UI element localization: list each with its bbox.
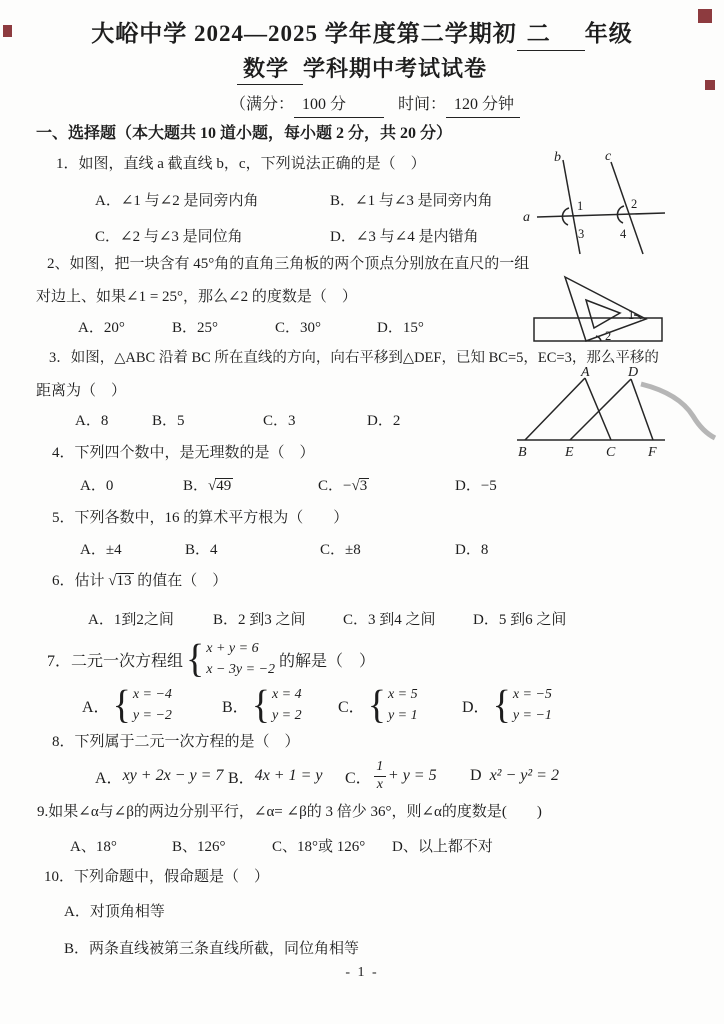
q8-option-a: A．xy + 2x − y = 7: [95, 756, 223, 796]
title-school-term: 大峪中学 2024—2025 学年度第二学期初: [91, 21, 517, 46]
q3-label-A: A: [580, 365, 590, 380]
brace-glyph: {: [493, 685, 511, 725]
q1-angle-1: 1: [577, 199, 583, 213]
q3-label-E: E: [564, 445, 574, 460]
q7-b-eq1: x = 4: [272, 684, 302, 705]
q1-option-b: B．∠1 与∠3 是同旁内角: [330, 192, 493, 211]
q4-option-b-radicand: 49: [215, 478, 233, 495]
q4-option-d-value: −5: [481, 478, 497, 494]
q6-option-d: D．5 到6 之间: [473, 611, 566, 630]
meta-score-value: 100 分: [294, 95, 384, 118]
q8-fraction-numerator: 1: [376, 759, 383, 775]
exam-paper-page: 大峪中学 2024—2025 学年度第二学期初二年级 数学学科期中考试试卷 （满…: [0, 0, 724, 1024]
q6-radical: √13: [108, 573, 133, 589]
brace-glyph: {: [252, 685, 270, 725]
q8-option-d-eq: x² − y² = 2: [490, 767, 559, 785]
q1-angle-2: 2: [631, 197, 637, 211]
q9-option-c: C、18°或 126°: [272, 838, 365, 857]
q7-option-b-label: B．: [222, 694, 249, 717]
q1-option-a: A．∠1 与∠2 是同旁内角: [95, 192, 258, 211]
q8-option-d-label: D: [470, 767, 482, 785]
q4-option-b-radical: √49: [208, 478, 233, 494]
q7-equation-system: { x + y = 6 x − 3y = −2: [183, 638, 275, 680]
q1-stem: 1．如图，直线 a 截直线 b，c，下列说法正确的是（ ）: [56, 155, 426, 174]
q8-fraction-denominator: x: [374, 776, 386, 793]
q6-option-a: A．1到2之间: [88, 611, 174, 630]
q9-option-b: B、126°: [172, 838, 226, 857]
q4-option-c-radicand: 3: [359, 478, 370, 495]
q1-option-c: C．∠2 与∠3 是同位角: [95, 228, 243, 247]
q6-radicand: 13: [116, 573, 134, 590]
q6-stem: 6．估计 √13 的值在（ ）: [52, 572, 227, 591]
q4-option-b-label: B．: [183, 478, 208, 494]
q8-option-a-eq: xy + 2x − y = 7: [123, 767, 224, 785]
q4-option-d-label: D．: [455, 478, 481, 494]
q2-option-b: B．25°: [172, 319, 218, 338]
q2-option-a: A．20°: [78, 319, 125, 338]
q4-stem: 4．下列四个数中，是无理数的是（ ）: [52, 444, 315, 463]
title-subject-blank: 数学: [237, 55, 303, 85]
q3-option-b: B．5: [152, 412, 185, 431]
q2-diagram-triangle-ruler: 1 2: [528, 262, 678, 347]
radical-sign: √: [351, 478, 358, 494]
q2-angle-1: 1: [628, 308, 634, 322]
q4-option-c-label: C．: [318, 478, 343, 494]
q7-option-d-label: D．: [462, 694, 490, 717]
q8-option-c: C．1x+ y = 5: [345, 756, 437, 796]
title-grade-blank: 二: [517, 20, 585, 51]
q2-option-d: D．15°: [377, 319, 424, 338]
section-1-heading: 一、选择题（本大题共 10 道小题，每小题 2 分，共 20 分）: [36, 124, 452, 144]
q3-option-c: C．3: [263, 412, 296, 431]
q7-b-eq2: y = 2: [272, 705, 302, 726]
q9-option-a: A、18°: [70, 838, 117, 857]
q7-eq2: x − 3y = −2: [206, 659, 275, 680]
q1-label-c: c: [605, 149, 612, 164]
q4-option-c-radical: √3: [351, 478, 369, 494]
q1-option-d: D．∠3 与∠4 是内错角: [330, 228, 478, 247]
q7-option-a: A． { x = −4y = −2: [82, 682, 172, 728]
q6-option-c: C．3 到4 之间: [343, 611, 436, 630]
brace-glyph: {: [368, 685, 386, 725]
q1-diagram-transversal-lines: a b c 1 2 3 4: [523, 148, 721, 260]
q7-c-eq1: x = 5: [388, 684, 418, 705]
meta-time-label: 时间：: [398, 96, 446, 113]
q7-option-b: B． { x = 4y = 2: [222, 682, 302, 728]
q8-option-b: B．4x + 1 = y: [228, 756, 322, 796]
q3-label-C: C: [606, 445, 616, 460]
q10-stem: 10．下列命题中，假命题是（ ）: [44, 868, 269, 887]
q7-option-a-label: A．: [82, 694, 110, 717]
q7-a-eq1: x = −4: [133, 684, 172, 705]
exam-title-line2: 数学学科期中考试试卷: [0, 55, 724, 85]
meta-time-value: 120 分钟: [446, 95, 520, 118]
q7-option-d: D． { x = −5y = −1: [462, 682, 552, 728]
brace-glyph: {: [113, 685, 131, 725]
q2-stem-line2: 对边上、如果∠1 = 25°，那么∠2 的度数是（ ）: [36, 288, 357, 307]
q7-option-c: C． { x = 5y = 1: [338, 682, 418, 728]
q5-option-d: D．8: [455, 541, 488, 560]
q4-option-b: B．√49: [183, 477, 233, 496]
q4-option-a: A．0: [80, 477, 113, 496]
q5-stem: 5．下列各数中，16 的算术平方根为（ ）: [52, 509, 348, 528]
q7-a-eq2: y = −2: [133, 705, 172, 726]
q3-diagram-translated-triangles: A D B E C F: [505, 366, 723, 462]
q7-stem-post: 的解是（ ）: [279, 648, 375, 671]
page-number: - 1 -: [0, 964, 724, 982]
q8-option-c-label: C．: [345, 765, 372, 788]
q7-eq1: x + y = 6: [206, 638, 275, 659]
q3-label-B: B: [518, 445, 527, 460]
q8-option-a-label: A．: [95, 765, 123, 788]
q1-angle-3: 3: [578, 227, 584, 241]
q8-stem: 8．下列属于二元一次方程的是（ ）: [52, 733, 300, 752]
q7-c-eq2: y = 1: [388, 705, 418, 726]
title-exam-name: 学科期中考试试卷: [303, 56, 487, 81]
radical-sign: √: [208, 478, 215, 494]
q3-label-F: F: [647, 445, 657, 460]
q4-option-a-label: A．: [80, 478, 106, 494]
q3-stem-line1: 3．如图，△ABC 沿着 BC 所在直线的方向，向右平移到△DEF，已知 BC=…: [49, 349, 659, 367]
q2-option-c: C．30°: [275, 319, 321, 338]
q4-option-c: C．−√3: [318, 477, 369, 496]
q5-option-c: C．±8: [320, 541, 361, 560]
q1-label-b: b: [554, 150, 561, 165]
q3-label-D: D: [627, 365, 638, 380]
q6-stem-pre: 6．估计: [52, 573, 105, 589]
q1-label-a: a: [523, 210, 530, 225]
q10-option-b: B．两条直线被第三条直线所截，同位角相等: [64, 940, 359, 959]
exam-meta-line: （满分：100 分时间：120 分钟: [230, 95, 520, 118]
q3-option-a: A．8: [75, 412, 108, 431]
title-grade-suffix: 年级: [585, 21, 633, 46]
q5-option-b: B．4: [185, 541, 218, 560]
q8-option-d: Dx² − y² = 2: [470, 756, 559, 796]
q6-option-b: B．2 到3 之间: [213, 611, 306, 630]
q8-option-b-label: B．: [228, 765, 255, 788]
exam-title-line1: 大峪中学 2024—2025 学年度第二学期初二年级: [0, 20, 724, 51]
meta-score-label: （满分：: [230, 96, 294, 113]
q5-option-a: A．±4: [80, 541, 122, 560]
q3-option-d: D．2: [367, 412, 400, 431]
brace-glyph: {: [186, 639, 204, 679]
q2-stem-line1: 2、如图，把一块含有 45°角的直角三角板的两个顶点分别放在直尺的一组: [47, 255, 529, 274]
q8-option-c-eq: + y = 5: [388, 767, 437, 785]
q9-option-d: D、以上都不对: [392, 838, 493, 857]
q7-d-eq1: x = −5: [513, 684, 552, 705]
q4-option-a-value: 0: [106, 478, 114, 494]
q8-fraction: 1x: [374, 759, 386, 792]
q8-option-b-eq: 4x + 1 = y: [255, 767, 323, 785]
q7-option-c-label: C．: [338, 694, 365, 717]
q3-stem-line2: 距离为（ ）: [36, 382, 126, 401]
q9-stem: 9.如果∠α与∠β的两边分别平行，∠α= ∠β的 3 倍少 36°，则∠α的度数…: [37, 803, 542, 822]
q1-angle-4: 4: [620, 227, 627, 241]
radical-sign: √: [108, 573, 115, 589]
q7-stem: 7．二元一次方程组 { x + y = 6 x − 3y = −2 的解是（ ）: [47, 636, 375, 682]
q7-d-eq2: y = −1: [513, 705, 552, 726]
q4-option-d: D．−5: [455, 477, 497, 496]
q10-option-a: A．对顶角相等: [64, 903, 165, 922]
q6-stem-post: 的值在（ ）: [137, 573, 227, 589]
q7-stem-pre: 7．二元一次方程组: [47, 648, 183, 671]
q2-angle-2: 2: [605, 329, 611, 343]
